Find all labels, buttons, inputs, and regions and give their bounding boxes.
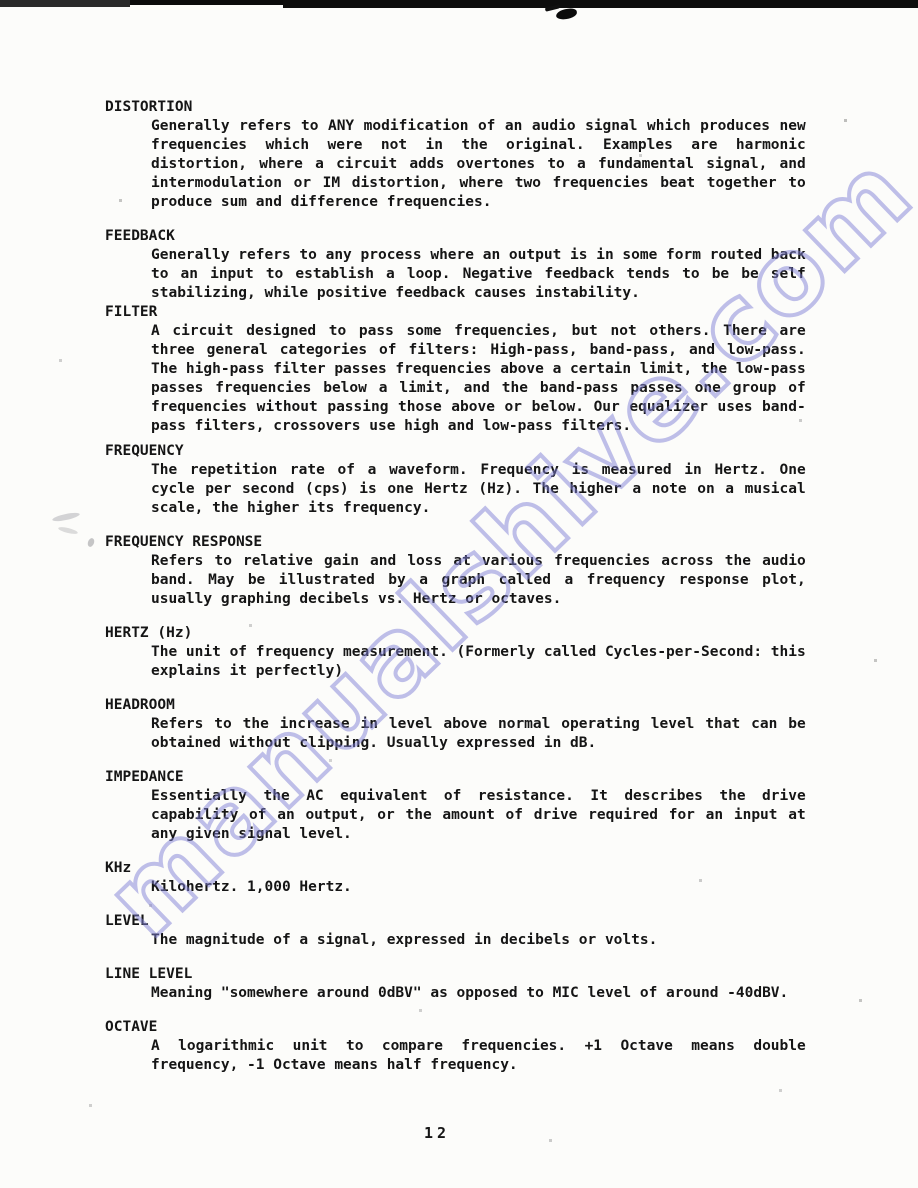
- term-heading: FREQUENCY RESPONSE: [105, 533, 858, 552]
- term-definition: The unit of frequency measurement. (Form…: [151, 643, 806, 681]
- glossary-entry: FREQUENCY The repetition rate of a wavef…: [105, 442, 858, 518]
- term-heading: HEADROOM: [105, 696, 858, 715]
- term-heading: FILTER: [105, 303, 858, 322]
- term-definition: A circuit designed to pass some frequenc…: [151, 322, 806, 436]
- term-definition: The repetition rate of a waveform. Frequ…: [151, 461, 806, 518]
- glossary-entry: LINE LEVEL Meaning "somewhere around 0dB…: [105, 965, 858, 1003]
- page-number: 12: [424, 1124, 450, 1142]
- glossary-entry: FREQUENCY RESPONSE Refers to relative ga…: [105, 533, 858, 609]
- glossary-entry: LEVEL The magnitude of a signal, express…: [105, 912, 858, 950]
- term-definition: A logarithmic unit to compare frequencie…: [151, 1037, 806, 1075]
- term-heading: OCTAVE: [105, 1018, 858, 1037]
- term-definition: Kilohertz. 1,000 Hertz.: [151, 878, 806, 897]
- term-definition: Refers to relative gain and loss at vari…: [151, 552, 806, 609]
- ink-blot: [555, 8, 577, 21]
- glossary-entry: HEADROOM Refers to the increase in level…: [105, 696, 858, 753]
- term-definition: Essentially the AC equivalent of resista…: [151, 787, 806, 844]
- term-heading: LINE LEVEL: [105, 965, 858, 984]
- glossary-entry: DISTORTION Generally refers to ANY modif…: [105, 98, 858, 212]
- term-definition: The magnitude of a signal, expressed in …: [151, 931, 806, 950]
- scanned-manual-page: DISTORTION Generally refers to ANY modif…: [0, 0, 918, 1188]
- glossary-list: DISTORTION Generally refers to ANY modif…: [105, 98, 858, 1075]
- scan-noise: [0, 0, 1, 1]
- term-definition: Generally refers to ANY modification of …: [151, 117, 806, 212]
- glossary-entry: HERTZ (Hz) The unit of frequency measure…: [105, 624, 858, 681]
- term-heading: HERTZ (Hz): [105, 624, 858, 643]
- term-definition: Generally refers to any process where an…: [151, 246, 806, 303]
- pencil-smudge: [52, 511, 81, 523]
- scan-edge-artifact-right: [283, 0, 918, 8]
- term-heading: FEEDBACK: [105, 227, 858, 246]
- term-definition: Meaning "somewhere around 0dBV" as oppos…: [151, 984, 806, 1003]
- term-heading: IMPEDANCE: [105, 768, 858, 787]
- glossary-entry: FEEDBACK Generally refers to any process…: [105, 227, 858, 303]
- term-heading: LEVEL: [105, 912, 858, 931]
- pencil-smudge: [58, 526, 79, 536]
- glossary-entry: KHz Kilohertz. 1,000 Hertz.: [105, 859, 858, 897]
- scan-edge-artifact-left: [0, 0, 130, 7]
- term-heading: DISTORTION: [105, 98, 858, 117]
- term-heading: KHz: [105, 859, 858, 878]
- glossary-entry: FILTER A circuit designed to pass some f…: [105, 303, 858, 436]
- pencil-smudge: [87, 537, 96, 548]
- glossary-entry: IMPEDANCE Essentially the AC equivalent …: [105, 768, 858, 844]
- glossary-entry: OCTAVE A logarithmic unit to compare fre…: [105, 1018, 858, 1075]
- term-definition: Refers to the increase in level above no…: [151, 715, 806, 753]
- term-heading: FREQUENCY: [105, 442, 858, 461]
